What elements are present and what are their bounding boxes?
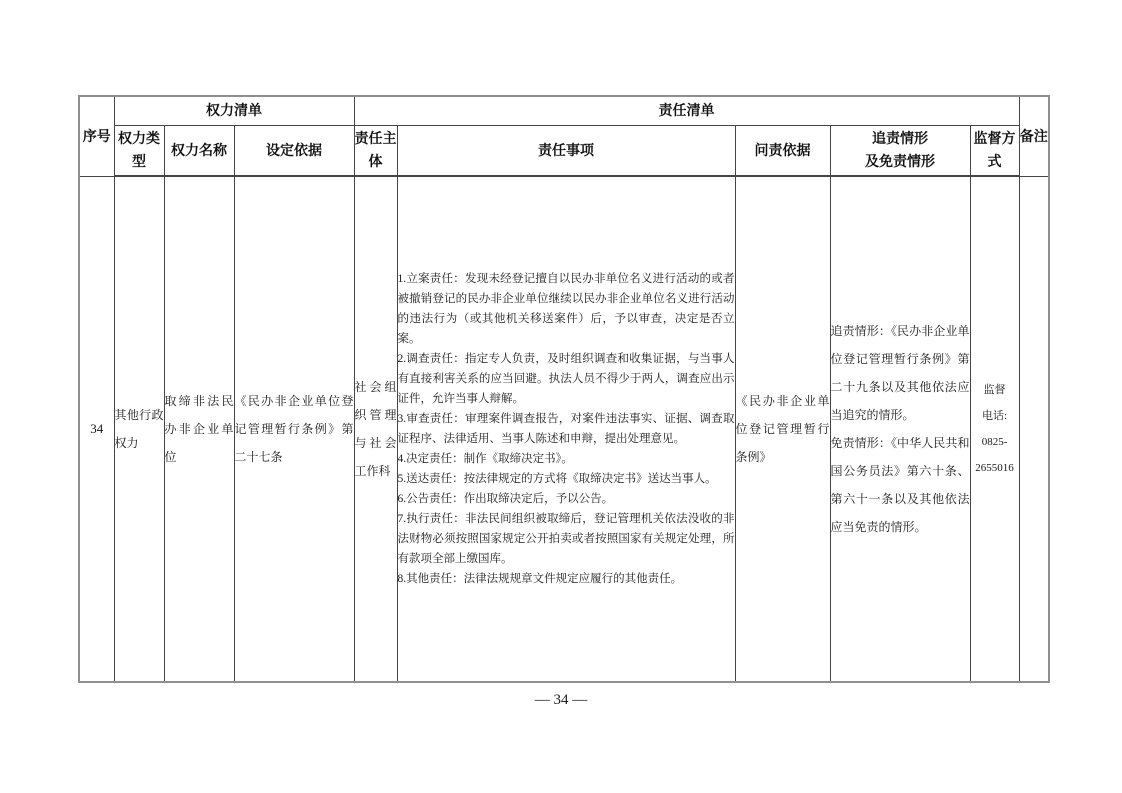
document-page: 序号 权力清单 责任清单 备注 权力类型 权力名称 设定依据 责任主体 责任事项… (0, 0, 1122, 793)
header-pursuit-exemption: 追责情形 及免责情形 (830, 125, 970, 176)
header-accountability-basis: 问责依据 (735, 125, 830, 176)
header-power-list: 权力清单 (114, 96, 354, 125)
cell-power-type: 其他行政权力 (114, 176, 164, 682)
exemption-situation-text: 免责情形：《中华人民共和国公务员法》第六十条、第六十一条以及其他依法应当免责的情… (831, 429, 970, 541)
header-power-name: 权力名称 (164, 125, 234, 176)
cell-serial-number: 34 (79, 176, 114, 682)
duty-item-6: 6.公告责任：作出取缔决定后，予以公告。 (398, 489, 735, 509)
header-pursuit-line1: 追责情形 (831, 127, 970, 150)
supervision-line-2: 电话: (971, 403, 1019, 429)
supervision-line-4: 2655016 (971, 455, 1019, 481)
supervision-line-3: 0825- (971, 429, 1019, 455)
cell-remark (1019, 176, 1049, 682)
cell-responsible-body: 社会组织管理与社会工作科 (354, 176, 397, 682)
duty-item-1: 1.立案责任：发现未经登记擅自以民办非单位名义进行活动的或者被撤销登记的民办非企… (398, 269, 735, 349)
cell-setting-basis: 《民办非企业单位登记管理暂行条例》第二十七条 (234, 176, 354, 682)
header-responsibility-list: 责任清单 (354, 96, 1019, 125)
cell-accountability-basis: 《民办非企业单位登记管理暂行条例》 (735, 176, 830, 682)
duty-item-8: 8.其他责任：法律法规规章文件规定应履行的其他责任。 (398, 569, 735, 589)
pursuit-situation-text: 追责情形：《民办非企业单位登记管理暂行条例》第二十九条以及其他依法应当追究的情形… (831, 317, 970, 429)
cell-pursuit-exemption: 追责情形：《民办非企业单位登记管理暂行条例》第二十九条以及其他依法应当追究的情形… (830, 176, 970, 682)
table-header-row-sub: 权力类型 权力名称 设定依据 责任主体 责任事项 问责依据 追责情形 及免责情形… (79, 125, 1049, 176)
header-serial: 序号 (79, 96, 114, 176)
cell-supervision-method: 监督 电话: 0825- 2655016 (970, 176, 1019, 682)
page-number: — 34 — (0, 692, 1122, 709)
cell-power-name: 取缔非法民办非企业单位 (164, 176, 234, 682)
header-pursuit-line2: 及免责情形 (831, 150, 970, 173)
header-supervision-method: 监督方式 (970, 125, 1019, 176)
header-remark: 备注 (1019, 96, 1049, 176)
duty-item-2: 2.调查责任：指定专人负责，及时组织调查和收集证据，与当事人有直接利害关系的应当… (398, 349, 735, 409)
header-setting-basis: 设定依据 (234, 125, 354, 176)
header-responsibility-items: 责任事项 (397, 125, 735, 176)
duty-item-4: 4.决定责任：制作《取缔决定书》。 (398, 449, 735, 469)
duty-item-3: 3.审查责任：审理案件调查报告，对案件违法事实、证据、调查取证程序、法律适用、当… (398, 409, 735, 449)
duty-item-5: 5.送达责任：按法律规定的方式将《取缔决定书》送达当事人。 (398, 469, 735, 489)
duty-item-7: 7.执行责任：非法民间组织被取缔后，登记管理机关依法没收的非法财物必须按照国家规… (398, 509, 735, 569)
header-responsible-body: 责任主体 (354, 125, 397, 176)
header-power-type: 权力类型 (114, 125, 164, 176)
supervision-line-1: 监督 (971, 377, 1019, 403)
table-header-row-top: 序号 权力清单 责任清单 备注 (79, 96, 1049, 125)
cell-responsibility-items: 1.立案责任：发现未经登记擅自以民办非单位名义进行活动的或者被撤销登记的民办非企… (397, 176, 735, 682)
table-row: 34 其他行政权力 取缔非法民办非企业单位 《民办非企业单位登记管理暂行条例》第… (79, 176, 1049, 682)
power-responsibility-table: 序号 权力清单 责任清单 备注 权力类型 权力名称 设定依据 责任主体 责任事项… (78, 95, 1050, 683)
